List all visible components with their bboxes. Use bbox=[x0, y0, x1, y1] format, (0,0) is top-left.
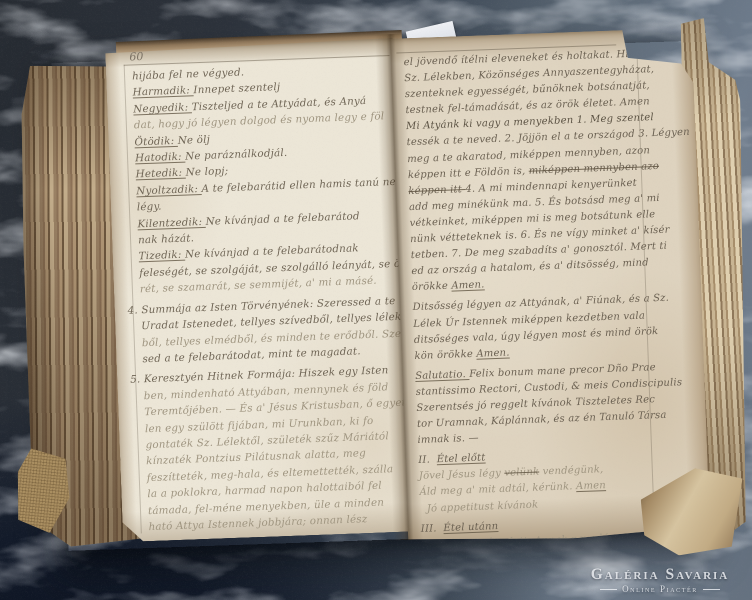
manuscript-text-segment: Ne paráználkodjál. bbox=[185, 147, 288, 163]
manuscript-text-segment: Ötödik: bbox=[134, 134, 178, 148]
manuscript-text-segment: Harmadik: bbox=[132, 85, 193, 99]
manuscript-text-segment: Amen bbox=[576, 481, 606, 493]
photo-antique-manuscript: 60 hijába fel ne végyed.Harmadik: Innepe… bbox=[0, 0, 752, 600]
manuscript-text-segment: kön örökke bbox=[414, 348, 476, 361]
manuscript-text-segment: velünk bbox=[504, 467, 539, 479]
manuscript-text-segment: vendégünk, bbox=[539, 465, 604, 478]
manuscript-text-segment: Jó appetitust kívánok bbox=[420, 499, 539, 514]
manuscript-text-segment: Ne lopj; bbox=[185, 165, 228, 179]
manuscript-text-segment: Hetedik: bbox=[135, 167, 185, 181]
watermark-dash-left bbox=[600, 589, 617, 590]
manuscript-text-right: el jövendő ítélni eleveneket és holtakat… bbox=[403, 45, 707, 554]
manuscript-text-segment: Amen. bbox=[476, 347, 510, 359]
manuscript-text-segment: örökke bbox=[412, 281, 452, 293]
manuscript-text-segment: Étel utánn bbox=[443, 521, 498, 534]
manuscript-text-segment: II. bbox=[418, 455, 437, 467]
manuscript-text-segment: Nyoltzadik: bbox=[136, 183, 202, 197]
manuscript-text-segment: képpen itt e Földön is, bbox=[408, 165, 529, 180]
manuscript-text-segment: III. bbox=[421, 523, 444, 535]
page-number-left: 60 bbox=[129, 50, 143, 64]
manuscript-text-segment: Salutatio. bbox=[415, 369, 469, 382]
manuscript-text-segment: hijába fel ne végyed. bbox=[132, 66, 245, 82]
manuscript-text-segment: miképpen mennyben azo bbox=[529, 161, 660, 177]
left-page: 60 hijába fel ne végyed.Harmadik: Innepe… bbox=[105, 38, 411, 542]
watermark: Galéria Savaria Online Piactér bbox=[576, 566, 744, 594]
manuscript-text-segment: Ne ölj bbox=[177, 133, 210, 146]
manuscript-text-segment: nak házát. bbox=[138, 232, 194, 246]
manuscript-text-segment: Negyedik: bbox=[133, 101, 192, 115]
manuscript-text-segment: légy. bbox=[137, 201, 162, 214]
watermark-dash-right bbox=[703, 589, 720, 590]
manuscript-text-segment: Kilentzedik: bbox=[137, 216, 206, 230]
manuscript-text-segment: Étel előtt bbox=[437, 453, 486, 466]
manuscript-text-segment: Áld meg a' mit adtál, kérünk. bbox=[419, 482, 576, 499]
watermark-subtitle: Online Piactér bbox=[622, 584, 698, 594]
manuscript-text-segment: Innepet szentelj bbox=[193, 81, 280, 96]
manuscript-text-segment: Jövel Jésus légy bbox=[419, 468, 505, 482]
manuscript-text-left: hijába fel ne végyed.Harmadik: Innepet s… bbox=[132, 59, 407, 536]
manuscript-text-segment: képpen itt bbox=[408, 184, 465, 197]
manuscript-text-segment: Hatodik: bbox=[135, 151, 186, 165]
manuscript-text-segment: Amen. bbox=[451, 280, 485, 292]
watermark-title: Galéria Savaria bbox=[576, 566, 744, 583]
watermark-subtitle-row: Online Piactér bbox=[576, 584, 744, 594]
right-page: 61 el jövendő ítélni eleveneket és holta… bbox=[390, 28, 710, 545]
manuscript-text-segment: Ne kívánjad a te felebarátod bbox=[205, 210, 360, 228]
manuscript-text-segment: imnak is. — bbox=[417, 433, 479, 446]
manuscript-text-segment: Tizedik: bbox=[138, 249, 185, 263]
